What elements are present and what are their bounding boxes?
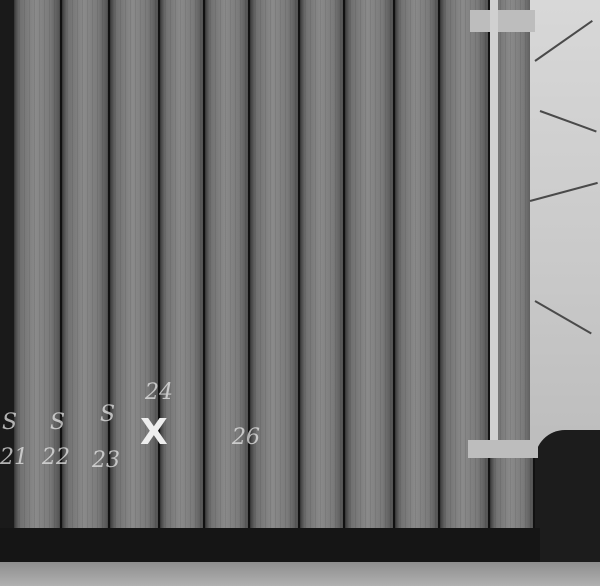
- plank: [300, 0, 345, 535]
- chalk-mark: 23: [92, 448, 120, 473]
- top-crossbar: [470, 10, 535, 32]
- plank-wall: [0, 0, 540, 540]
- chalk-mark: S: [2, 410, 17, 435]
- base-beam: [0, 528, 540, 564]
- chalk-mark: 24: [145, 380, 173, 405]
- chalk-mark: S: [100, 402, 115, 427]
- ground: [0, 562, 600, 586]
- plank: [395, 0, 440, 535]
- plank: [160, 0, 205, 535]
- plank: [250, 0, 300, 535]
- plank: [205, 0, 250, 535]
- chalk-mark: 22: [42, 445, 70, 470]
- plank: [345, 0, 395, 535]
- chalk-x-mark: X: [140, 412, 168, 453]
- vertical-strip: [490, 0, 498, 440]
- chalk-mark: S: [50, 410, 65, 435]
- chalk-mark: 21: [0, 445, 28, 470]
- chalk-mark: 26: [232, 425, 260, 450]
- sky-with-branches: [530, 0, 600, 450]
- bottom-crossbar: [468, 440, 538, 458]
- photo-scene: S 21 S 22 S 23 24 X 26: [0, 0, 600, 586]
